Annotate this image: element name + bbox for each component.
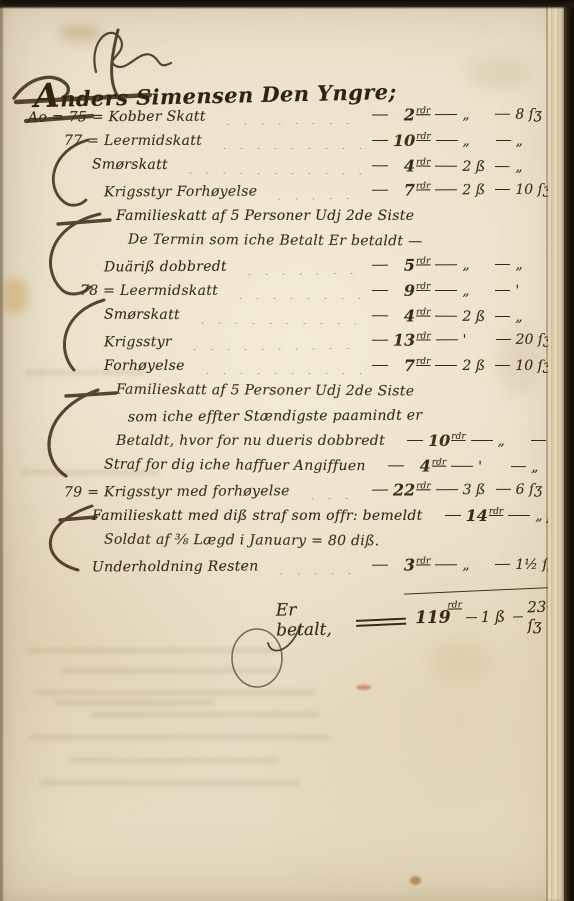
total-ort-value: 1 ß bbox=[481, 608, 509, 626]
dotted-leader bbox=[184, 332, 362, 349]
manuscript-page: Anders Simensen Den Yngre; Ao = 75 = Kob… bbox=[0, 0, 574, 901]
dash-stroke bbox=[495, 290, 510, 291]
dotted-leader bbox=[214, 133, 362, 149]
dotted-leader bbox=[192, 307, 362, 324]
dash-stroke bbox=[435, 166, 457, 167]
total-label: Er betalt, bbox=[276, 599, 346, 640]
entry-label: De Termin som iche Betalt Er betaldt — bbox=[128, 231, 423, 249]
rdr-value: 7 bbox=[393, 356, 415, 375]
dash-stroke bbox=[372, 165, 388, 166]
rdr-value: 2 bbox=[393, 105, 415, 124]
dotted-leader bbox=[239, 257, 362, 274]
dash-stroke bbox=[495, 316, 510, 317]
dash-stroke bbox=[372, 365, 388, 366]
rdr-value: 4 bbox=[409, 456, 431, 475]
entry-label: Soldat af ⅜ Lægd i January = 80 diß. bbox=[104, 531, 380, 549]
rdr-unit: rdr bbox=[416, 307, 430, 317]
entry-amount: 22rdr3 ß6 ſʒ bbox=[372, 480, 560, 500]
ort-value: „ bbox=[498, 433, 526, 449]
dash-stroke bbox=[372, 114, 388, 115]
rdr-value: 9 bbox=[393, 281, 415, 300]
ort-value: „ bbox=[462, 106, 490, 122]
dash-stroke bbox=[407, 440, 423, 441]
dash-stroke bbox=[435, 290, 457, 291]
ort-value: ' bbox=[463, 332, 491, 348]
ledger-row: De Termin som iche Betalt Er betaldt — bbox=[128, 227, 568, 255]
rdr-unit: rdr bbox=[416, 106, 430, 116]
scan-edge-top bbox=[0, 0, 574, 9]
rdr-unit: rdr bbox=[451, 432, 465, 442]
rdr-unit: rdr bbox=[416, 256, 430, 266]
ort-value: „ bbox=[462, 557, 490, 573]
ort-value: „ bbox=[462, 283, 490, 299]
dotted-leader bbox=[197, 358, 362, 374]
underlying-page-edges bbox=[548, 4, 564, 901]
rdr-unit: rdr bbox=[416, 181, 430, 191]
dash-stroke bbox=[388, 465, 404, 466]
ledger-row: 77 = Leermidskatt10rdr„„ bbox=[64, 128, 568, 153]
entry-label: Smørskatt bbox=[92, 156, 168, 172]
ledger-row: 78 = Leermidskatt9rdr„' bbox=[80, 278, 568, 303]
entry-label: Familieskatt med diß straf som offr: bem… bbox=[92, 508, 423, 524]
scan-edge-left bbox=[0, 0, 4, 901]
ort-value: 2 ß bbox=[462, 158, 490, 174]
ledger-row: Betaldt, hvor for nu dueris dobbredt10rd… bbox=[116, 428, 568, 453]
entry-label: Underholdning Resten bbox=[92, 558, 259, 575]
entry-label: Krigsstyr bbox=[104, 334, 172, 350]
rdr-value: 10 bbox=[428, 431, 450, 450]
ledger-row: Underholdning Resten3rdr„1½ ſʒ bbox=[92, 552, 568, 580]
ledger-row: Smørskatt4rdr2 ß„ bbox=[104, 302, 568, 330]
dash-stroke bbox=[496, 489, 511, 490]
dash-stroke bbox=[372, 265, 388, 266]
entry-label: 79 = Krigsstyr med forhøyelse bbox=[64, 483, 290, 500]
entry-amount: 4rdr2 ß„ bbox=[372, 306, 560, 326]
ledger-row: Krigsstyr Forhøyelse7rdr2 ß10 ſʒ bbox=[104, 177, 568, 205]
ledger-row: Straf for dig iche haffuer Angiffuen4rdr… bbox=[104, 452, 568, 480]
rdr-value: 4 bbox=[393, 306, 415, 325]
rdr-unit: rdr bbox=[416, 556, 430, 566]
ort-value: „ bbox=[463, 133, 491, 149]
dash-stroke bbox=[435, 365, 457, 366]
entry-amount: 7rdr2 ß10 ſʒ bbox=[372, 180, 560, 200]
dash-stroke bbox=[372, 340, 388, 341]
entry-amount: 5rdr„„ bbox=[372, 255, 560, 275]
dash-stroke bbox=[372, 490, 388, 491]
ledger-row: Familieskatt med diß straf som offr: bem… bbox=[92, 503, 568, 528]
rdr-unit: rdr bbox=[416, 282, 430, 292]
entry-amount: 10rdr„„ bbox=[372, 131, 560, 150]
rdr-value: 7 bbox=[393, 181, 415, 200]
dash-stroke bbox=[496, 140, 511, 141]
rdr-unit: rdr bbox=[416, 331, 430, 341]
entry-label: som iche effter Stændigste paamindt er bbox=[128, 407, 422, 425]
entry-label: 77 = Leermidskatt bbox=[64, 133, 202, 149]
entry-amount: 13rdr'20 ſʒ bbox=[372, 330, 560, 350]
dash-stroke bbox=[435, 264, 457, 265]
rdr-unit: rdr bbox=[416, 481, 430, 491]
entry-label: Duäriß dobbredt bbox=[104, 258, 227, 275]
rdr-unit: rdr bbox=[416, 357, 430, 367]
dash-stroke bbox=[471, 440, 493, 441]
entry-label: Smørskatt bbox=[104, 306, 180, 322]
dash-stroke bbox=[372, 190, 388, 191]
dash-stroke bbox=[466, 617, 477, 618]
ort-value: ' bbox=[478, 458, 506, 474]
entry-label: Familieskatt af 5 Personer Udj 2de Siste bbox=[116, 208, 414, 224]
dash-stroke bbox=[372, 140, 388, 141]
dash-stroke bbox=[436, 489, 458, 490]
dash-stroke bbox=[513, 616, 524, 617]
dash-stroke bbox=[372, 565, 388, 566]
dash-stroke bbox=[511, 466, 526, 467]
entry-amount: 9rdr„' bbox=[372, 281, 560, 300]
dotted-leader bbox=[270, 557, 362, 574]
entry-label: Familieskatt af 5 Personer Udj 2de Siste bbox=[116, 381, 414, 399]
ledger-row: Soldat af ⅜ Lægd i January = 80 diß. bbox=[104, 527, 568, 555]
rdr-unit: rdr bbox=[447, 600, 462, 610]
entry-label: Betaldt, hvor for nu dueris dobbredt bbox=[116, 433, 385, 449]
dash-stroke bbox=[435, 114, 457, 115]
rdr-value: 13 bbox=[393, 331, 415, 350]
dash-stroke bbox=[372, 315, 388, 316]
dash-stroke bbox=[435, 564, 457, 565]
dotted-leader bbox=[218, 107, 362, 124]
dotted-leader bbox=[180, 157, 362, 174]
ledger-row: Duäriß dobbredt5rdr„„ bbox=[104, 252, 568, 280]
rdr-value: 4 bbox=[393, 156, 415, 175]
entry-amount: 4rdr2 ß„ bbox=[372, 156, 560, 176]
rdr-value: 14 bbox=[466, 506, 488, 525]
dash-stroke bbox=[436, 339, 458, 340]
dash-stroke bbox=[508, 515, 530, 516]
dash-stroke bbox=[495, 114, 510, 115]
ledger-row: 79 = Krigsstyr med forhøyelse22rdr3 ß6 ſ… bbox=[64, 476, 568, 504]
ledger-row: Familieskatt af 5 Personer Udj 2de Siste bbox=[116, 203, 568, 228]
rdr-value: 10 bbox=[393, 131, 415, 150]
entry-label: Forhøyelse bbox=[104, 358, 185, 374]
entry-amount: 3rdr„1½ ſʒ bbox=[372, 555, 560, 575]
rdr-value: 22 bbox=[393, 480, 415, 499]
ort-value: 3 ß bbox=[463, 481, 491, 497]
rdr-value: 3 bbox=[393, 555, 415, 574]
total-row: Er betalt, 119rdr 1 ß 23½ ſʒ bbox=[276, 595, 574, 640]
rdr-value: 5 bbox=[393, 256, 415, 275]
entry-amount: 7rdr2 ß10 ſʒ bbox=[372, 356, 560, 375]
ort-value: 2 ß bbox=[462, 182, 490, 198]
rdr-unit: rdr bbox=[416, 158, 430, 168]
dash-stroke bbox=[451, 466, 473, 467]
entry-amount: 2rdr„8 ſʒ bbox=[372, 104, 560, 124]
entry-label: 78 = Leermidskatt bbox=[80, 283, 218, 299]
double-rule bbox=[356, 617, 406, 626]
ledger-row: Forhøyelse7rdr2 ß10 ſʒ bbox=[104, 353, 568, 378]
dash-stroke bbox=[436, 140, 458, 141]
ledger-entries: Ao = 75 = Kobber Skatt2rdr„8 ſʒ77 = Leer… bbox=[0, 103, 568, 578]
dash-stroke bbox=[495, 189, 510, 190]
dash-stroke bbox=[495, 264, 510, 265]
ort-value: 2 ß bbox=[462, 308, 490, 324]
scan-edge-right bbox=[564, 0, 574, 901]
entry-label: Straf for dig iche haffuer Angiffuen bbox=[104, 456, 366, 474]
entry-label: Krigsstyr Forhøyelse bbox=[104, 183, 257, 200]
ledger-row: Familieskatt af 5 Personer Udj 2de Siste bbox=[116, 377, 568, 405]
total-rdr-value: 119 bbox=[415, 608, 447, 629]
dotted-leader bbox=[269, 182, 362, 199]
rdr-unit: rdr bbox=[416, 132, 430, 142]
dash-stroke bbox=[495, 365, 510, 366]
dash-stroke bbox=[435, 189, 457, 190]
ledger-row: Krigsstyr13rdr'20 ſʒ bbox=[104, 327, 568, 355]
dotted-leader bbox=[302, 482, 362, 498]
dash-stroke bbox=[495, 564, 510, 565]
dash-stroke bbox=[435, 316, 457, 317]
ort-value: 2 ß bbox=[462, 358, 490, 374]
rdr-unit: rdr bbox=[432, 458, 446, 468]
ledger-row: Smørskatt4rdr2 ß„ bbox=[92, 152, 568, 180]
rdr-unit: rdr bbox=[489, 507, 503, 517]
dash-stroke bbox=[372, 290, 388, 291]
dash-stroke bbox=[531, 440, 546, 441]
ledger-row: som iche effter Stændigste paamindt er bbox=[128, 402, 568, 430]
dash-stroke bbox=[445, 515, 461, 516]
dash-stroke bbox=[496, 339, 511, 340]
ort-value: „ bbox=[462, 257, 490, 273]
ledger-row: Ao = 75 = Kobber Skatt2rdr„8 ſʒ bbox=[28, 101, 568, 129]
entry-label: Ao = 75 = Kobber Skatt bbox=[28, 108, 206, 125]
dash-stroke bbox=[495, 166, 510, 167]
dotted-leader bbox=[230, 283, 362, 299]
